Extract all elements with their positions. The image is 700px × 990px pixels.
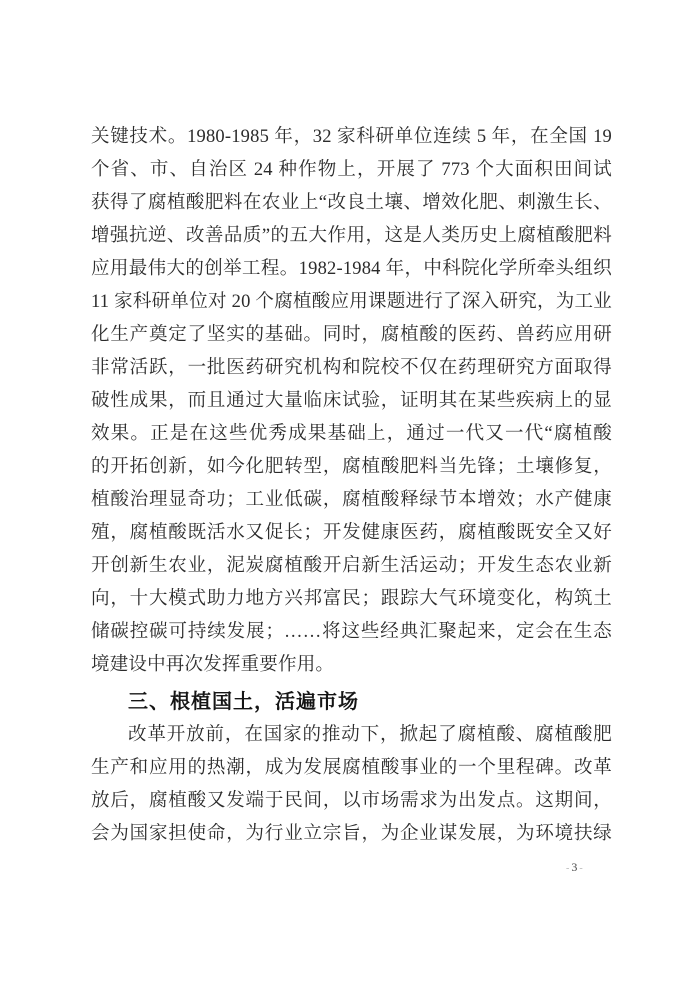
text-line: 应用最伟大的创举工程。1982-1984 年，中科院化学所牵头组织 [91,253,612,286]
text-line: 开创新生农业，泥炭腐植酸开启新生活运动；开发生态农业新方 [91,550,612,583]
page-number: -3- [566,860,585,875]
text-line: 的开拓创新，如今化肥转型，腐植酸肥料当先锋；土壤修复，腐 [91,451,612,484]
section-heading: 三、根植国土，活遍市场 [91,686,612,719]
text-line: 植酸治理显奇功；工业低碳，腐植酸释绿节本增效；水产健康养 [91,484,612,517]
text-line: 放后，腐植酸又发端于民间，以市场需求为出发点。这期间，协 [91,785,612,818]
text-line: 关键技术。1980-1985 年，32 家科研单位连续 5 年，在全国 19 [91,121,612,154]
text-line: 改革开放前，在国家的推动下，掀起了腐植酸、腐植酸肥料 [91,719,612,752]
text-line: 生产和应用的热潮，成为发展腐植酸事业的一个里程碑。改革开 [91,752,612,785]
text-line: 向，十大模式助力地方兴邦富民；跟踪大气环境变化，构筑土壤 [91,583,612,616]
text-line: 增强抗逆、改善品质”的五大作用，这是人类历史上腐植酸肥料 [91,220,612,253]
text-line: 化生产奠定了坚实的基础。同时，腐植酸的医药、兽药应用研究 [91,319,612,352]
text-line: 破性成果，而且通过大量临床试验，证明其在某些疾病上的显著 [91,385,612,418]
text-line: 会为国家担使命，为行业立宗旨，为企业谋发展，为环境扶绿色， [91,818,612,851]
text-line: 效果。正是在这些优秀成果基础上，通过一代又一代“腐植酸人” [91,418,612,451]
text-line: 11 家科研单位对 20 个腐植酸应用课题进行了深入研究，为工业 [91,286,612,319]
document-page: 关键技术。1980-1985 年，32 家科研单位连续 5 年，在全国 19个省… [0,0,700,990]
text-line: 储碳控碳可持续发展；……将这些经典汇聚起来，定会在生态环 [91,616,612,649]
text-line: 境建设中再次发挥重要作用。 [91,649,612,682]
text-line: 获得了腐植酸肥料在农业上“改良土壤、增效化肥、刺激生长、 [91,187,612,220]
text-line: 个省、市、自治区 24 种作物上，开展了 773 个大面积田间试验， [91,154,612,187]
text-line: 非常活跃，一批医药研究机构和院校不仅在药理研究方面取得突 [91,352,612,385]
page-body: 关键技术。1980-1985 年，32 家科研单位连续 5 年，在全国 19个省… [91,121,612,851]
text-line: 殖，腐植酸既活水又促长；开发健康医药，腐植酸既安全又好用； [91,517,612,550]
paragraph-body: 改革开放前，在国家的推动下，掀起了腐植酸、腐植酸肥料生产和应用的热潮，成为发展腐… [91,719,612,851]
page-number-dash-right: - [579,863,584,874]
paragraph-continuation: 关键技术。1980-1985 年，32 家科研单位连续 5 年，在全国 19个省… [91,121,612,682]
